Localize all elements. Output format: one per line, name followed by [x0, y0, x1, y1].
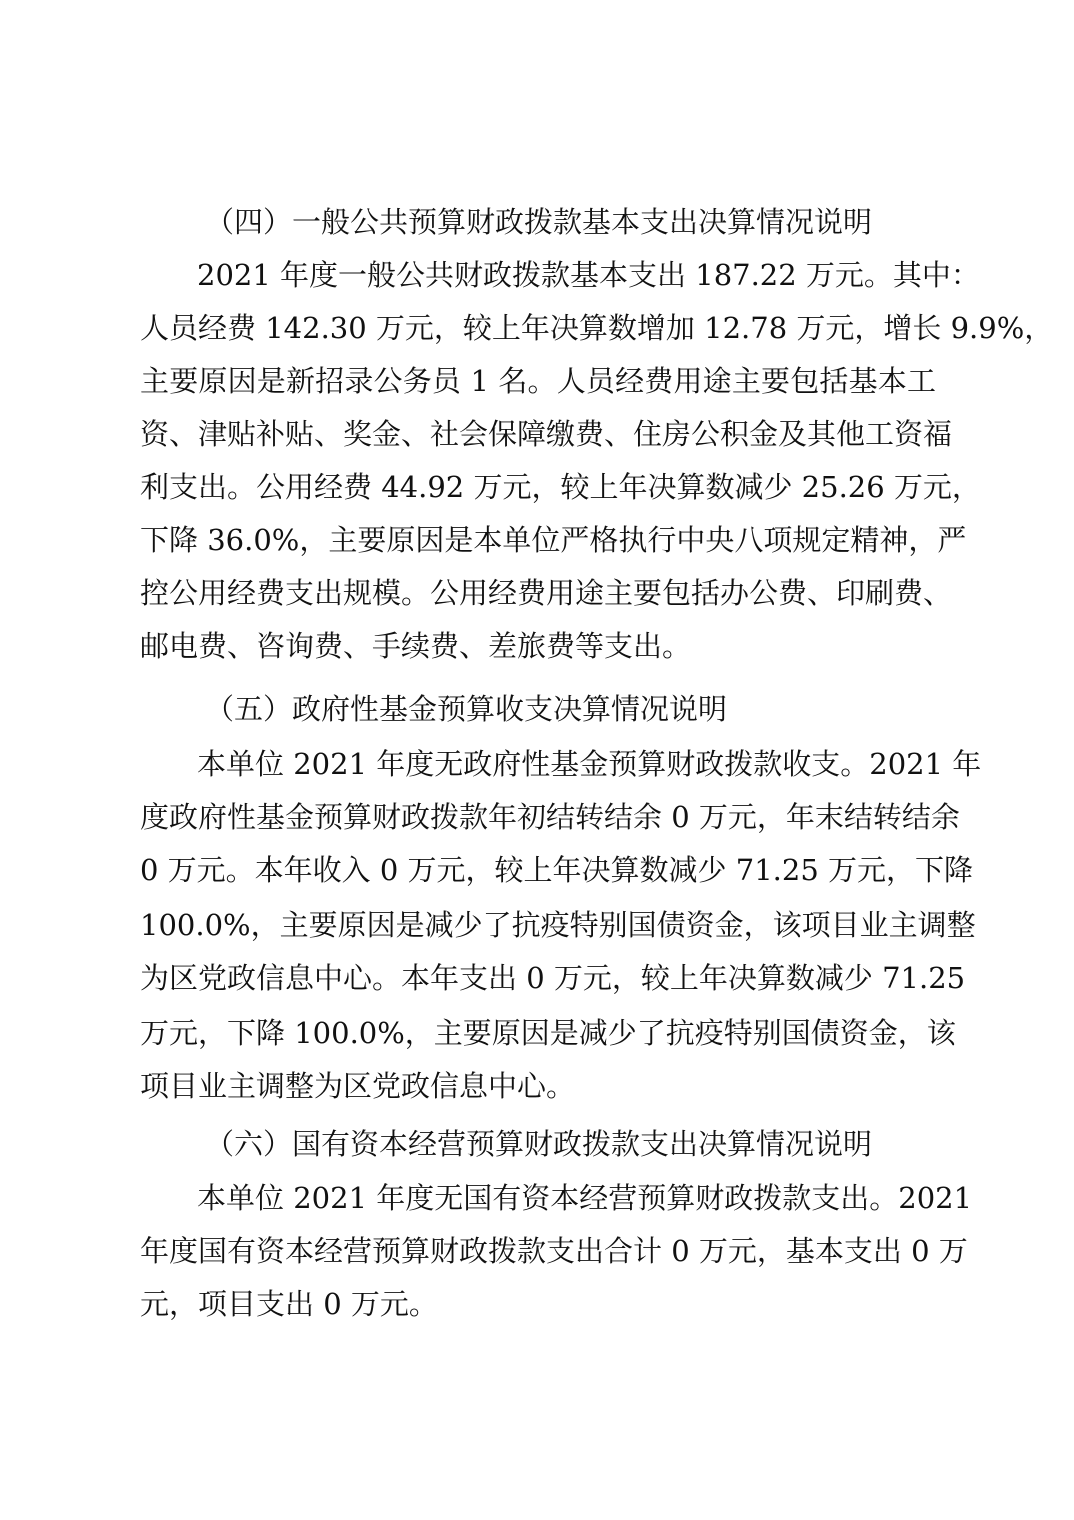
section-heading-6: （六）国有资本经营预算财政拨款支出决算情况说明 — [205, 1124, 905, 1164]
paragraph-line: 2021 年度一般公共财政拨款基本支出 187.22 万元。其中： — [197, 255, 936, 295]
paragraph-line: 元，项目支出 0 万元。 — [140, 1284, 936, 1324]
paragraph-line: 邮电费、咨询费、手续费、差旅费等支出。 — [140, 626, 936, 666]
paragraph-line: 本单位 2021 年度无政府性基金预算财政拨款收支。2021 年 — [197, 744, 936, 784]
paragraph-line: 项目业主调整为区党政信息中心。 — [140, 1066, 936, 1106]
paragraph-line: 控公用经费支出规模。公用经费用途主要包括办公费、印刷费、 — [140, 573, 936, 613]
paragraph-line: 主要原因是新招录公务员 1 名。人员经费用途主要包括基本工 — [140, 361, 936, 401]
paragraph-line: 资、津贴补贴、奖金、社会保障缴费、住房公积金及其他工资福 — [140, 414, 936, 454]
paragraph-line: 为区党政信息中心。本年支出 0 万元，较上年决算数减少 71.25 — [140, 958, 936, 998]
paragraph-line: 100.0%，主要原因是减少了抗疫特别国债资金，该项目业主调整 — [140, 905, 936, 945]
paragraph-line: 本单位 2021 年度无国有资本经营预算财政拨款支出。2021 — [197, 1178, 936, 1218]
document-page: （四）一般公共预算财政拨款基本支出决算情况说明 2021 年度一般公共财政拨款基… — [0, 0, 1074, 1520]
paragraph-line: 人员经费 142.30 万元，较上年决算数增加 12.78 万元，增长 9.9%… — [140, 308, 936, 348]
paragraph-line: 下降 36.0%，主要原因是本单位严格执行中央八项规定精神，严 — [140, 520, 936, 560]
section-heading-5: （五）政府性基金预算收支决算情况说明 — [205, 689, 805, 729]
paragraph-line: 利支出。公用经费 44.92 万元，较上年决算数减少 25.26 万元， — [140, 467, 936, 507]
paragraph-line: 万元，下降 100.0%，主要原因是减少了抗疫特别国债资金，该 — [140, 1013, 936, 1053]
section-heading-4: （四）一般公共预算财政拨款基本支出决算情况说明 — [205, 202, 905, 242]
paragraph-line: 0 万元。本年收入 0 万元，较上年决算数减少 71.25 万元，下降 — [140, 850, 936, 890]
paragraph-line: 年度国有资本经营预算财政拨款支出合计 0 万元，基本支出 0 万 — [140, 1231, 936, 1271]
paragraph-line: 度政府性基金预算财政拨款年初结转结余 0 万元，年末结转结余 — [140, 797, 936, 837]
